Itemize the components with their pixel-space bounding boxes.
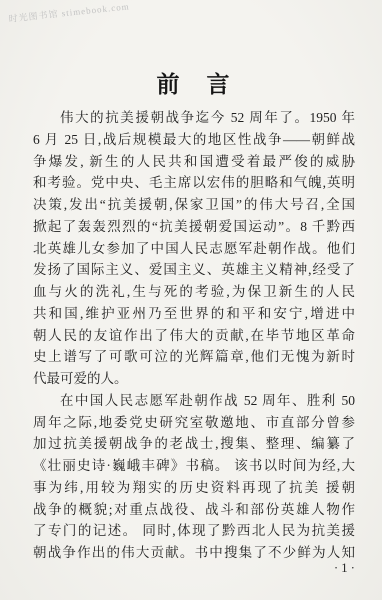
body-line: 朝战争作出的伟大贡献。书中搜集了不少鲜为人知 xyxy=(33,542,355,564)
paragraph: 在中国人民志愿军赴朝作战 52 周年、胜利 50周年之际,地委党史研究室敬邀地、… xyxy=(33,390,355,564)
body-line: 史上谱写了可歌可泣的光辉篇章,他们无愧为新时 xyxy=(33,346,355,368)
preface-body: 伟大的抗美援朝战争迄今 52 周年了。1950 年6 月 25 日,战后规模最大… xyxy=(33,107,355,564)
watermark: 时光图书馆 stimebook.com xyxy=(8,0,130,25)
body-line: 战争的概貌;对重点战役、战斗和部份英雄人物作 xyxy=(33,499,355,521)
body-line: 掀起了轰轰烈烈的“抗美援朝爱国运动”。8 千黔西 xyxy=(33,216,355,238)
book-page: 时光图书馆 stimebook.com 前 言 伟大的抗美援朝战争迄今 52 周… xyxy=(0,0,382,600)
page-title: 前 言 xyxy=(33,66,355,99)
body-line: 朝人民的友谊作出了伟大的贡献,在毕节地区革命 xyxy=(33,325,355,347)
body-line: 伟大的抗美援朝战争迄今 52 周年了。1950 年 xyxy=(33,107,355,129)
body-line: 《壮丽史诗·巍峨丰碑》书稿。 该书以时间为经,大 xyxy=(33,455,355,477)
body-line: 周年之际,地委党史研究室敬邀地、市直部分曾参 xyxy=(33,412,355,434)
paragraph: 伟大的抗美援朝战争迄今 52 周年了。1950 年6 月 25 日,战后规模最大… xyxy=(33,107,355,390)
page-number: ·1· xyxy=(334,560,358,576)
body-line: 血与火的洗礼,生与死的考验,为保卫新生的人民 xyxy=(33,281,355,303)
body-line: 和考验。党中央、毛主席以宏伟的胆略和气魄,英明 xyxy=(33,172,355,194)
body-line: 在中国人民志愿军赴朝作战 52 周年、胜利 50 xyxy=(33,390,355,412)
body-line: 代最可爱的人。 xyxy=(33,368,355,390)
body-line: 发扬了国际主义、爱国主义、英雄主义精神,经受了 xyxy=(33,259,355,281)
body-line: 事为纬,用较为翔实的历史资料再现了抗美 援朝 xyxy=(33,477,355,499)
body-line: 加过抗美援朝战争的老战士,搜集、整理、编纂了 xyxy=(33,433,355,455)
body-line: 决策,发出“抗美援朝,保家卫国”的伟大号召,全国 xyxy=(33,194,355,216)
body-line: 了专门的记述。 同时,体现了黔西北人民为抗美援 xyxy=(33,520,355,542)
body-line: 争爆发, 新生的人民共和国遭受着最严俊的威胁 xyxy=(33,151,355,173)
body-line: 北英雄儿女参加了中国人民志愿军赴朝作战。他们 xyxy=(33,238,355,260)
body-line: 6 月 25 日,战后规模最大的地区性战争——朝鲜战 xyxy=(33,129,355,151)
body-line: 共和国,维护亚州乃至世界的和平和安宁,增进中 xyxy=(33,303,355,325)
